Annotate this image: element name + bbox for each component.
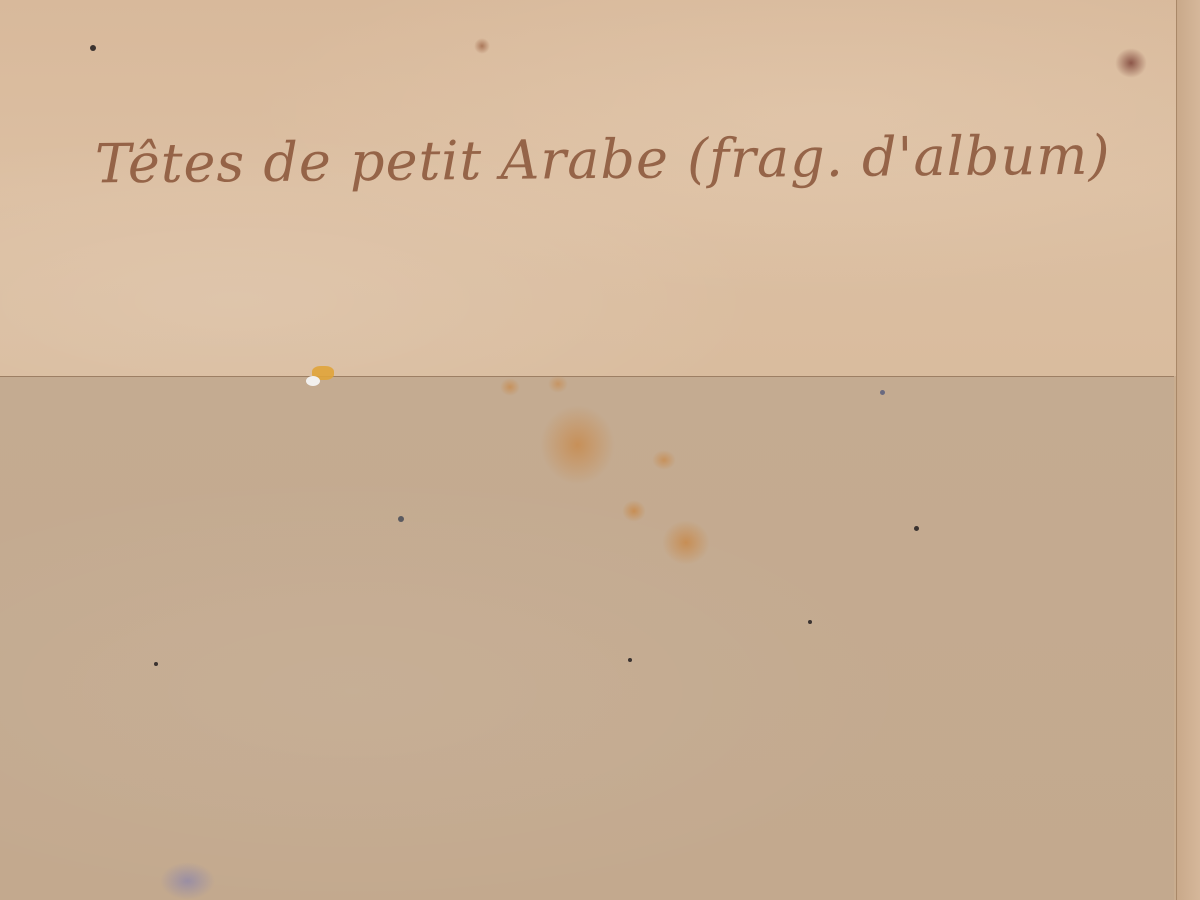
blue-pencil-mark: [160, 862, 215, 900]
speck: [398, 516, 404, 522]
foxing-stain: [652, 450, 676, 470]
speck: [808, 620, 812, 624]
foxing-stain: [622, 500, 646, 522]
handwritten-inscription: Têtes de petit Arabe (frag. d'album): [95, 124, 1111, 196]
foxing-stain: [500, 378, 520, 396]
speck: [90, 45, 96, 51]
foxing-stain: [548, 375, 568, 393]
foxing-stain: [1115, 48, 1147, 78]
mount-edge: [1176, 0, 1200, 900]
adhesive-residue: [306, 376, 320, 386]
speck: [914, 526, 919, 531]
paper-label: Têtes de petit Arabe (frag. d'album): [0, 0, 1178, 376]
speck: [880, 390, 885, 395]
foxing-stain: [662, 520, 710, 565]
speck: [154, 662, 158, 666]
foxing-stain: [540, 405, 615, 485]
speck: [628, 658, 632, 662]
foxing-stain: [474, 38, 490, 54]
